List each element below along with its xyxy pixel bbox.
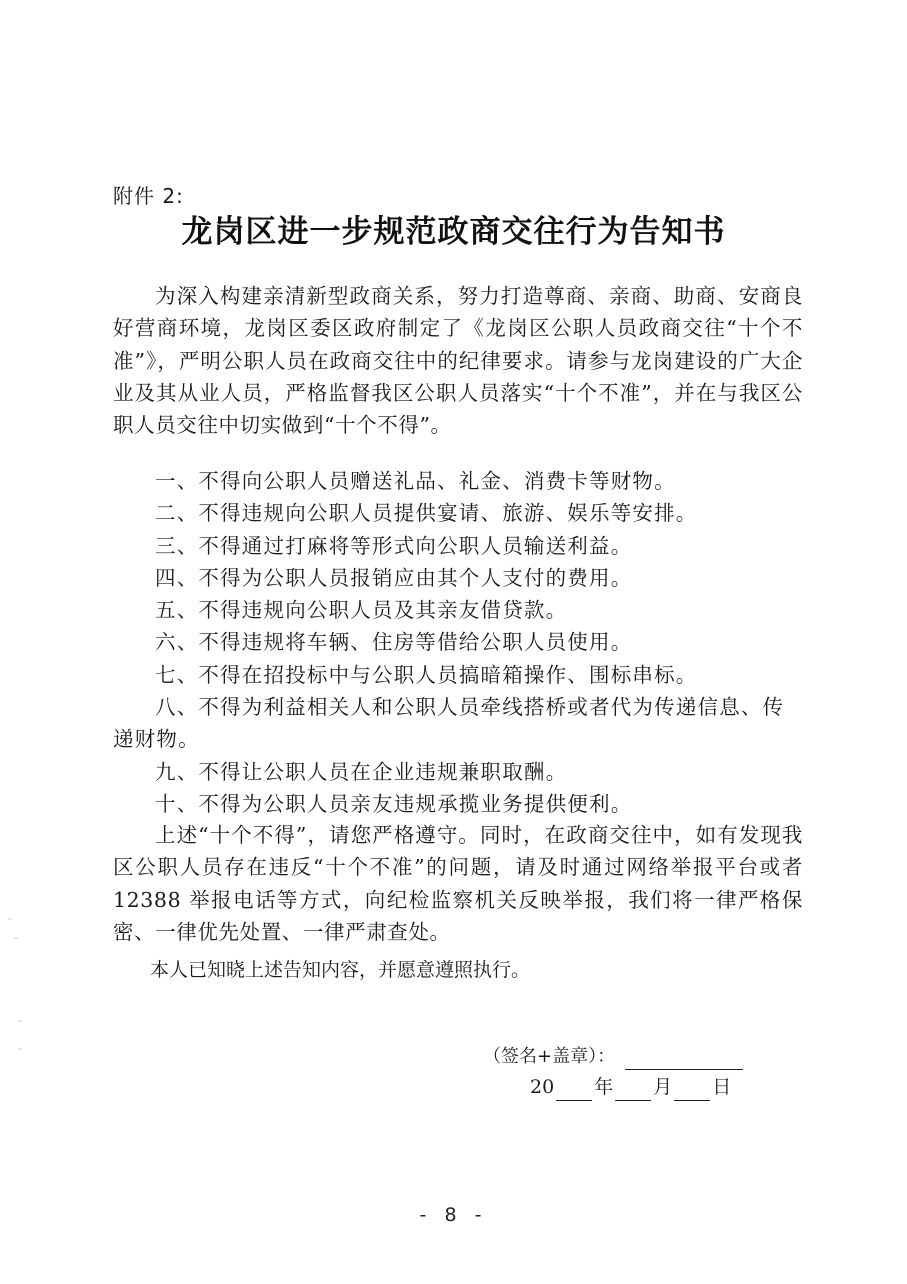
day-blank[interactable] [674, 1080, 710, 1101]
rule-item: 一、不得向公职人员赠送礼品、礼金、消费卡等财物。 [113, 465, 803, 497]
year-label: 年 [594, 1076, 613, 1098]
signature-label: （签名+盖章）： [483, 1046, 615, 1067]
day-label: 日 [712, 1076, 731, 1098]
page-number: - 8 - [0, 1202, 907, 1228]
date-row: 20年月日 [530, 1073, 731, 1101]
year-prefix: 20 [530, 1076, 554, 1098]
scan-artifact [8, 918, 12, 920]
scan-artifact [14, 937, 18, 939]
rule-item: 八、不得为利益相关人和公职人员牵线搭桥或者代为传递信息、传递财物。 [113, 691, 803, 756]
signature-row: （签名+盖章）： [483, 1044, 743, 1070]
rule-item: 七、不得在招投标中与公职人员搞暗箱操作、围标串标。 [113, 659, 803, 691]
rule-item: 二、不得违规向公职人员提供宴请、旅游、娱乐等安排。 [113, 497, 803, 529]
acknowledgement-statement: 本人已知晓上述告知内容，并愿意遵照执行。 [150, 956, 530, 984]
rule-item: 六、不得违规将车辆、住房等借给公职人员使用。 [113, 626, 803, 658]
year-blank[interactable] [556, 1080, 592, 1101]
rule-item: 十、不得为公职人员亲友违规承揽业务提供便利。 [113, 788, 803, 820]
attachment-label: 附件 2: [113, 182, 184, 210]
rule-item: 九、不得让公职人员在企业违规兼职取酬。 [113, 756, 803, 788]
month-blank[interactable] [615, 1080, 651, 1101]
signature-blank-line[interactable] [625, 1049, 743, 1070]
rules-list: 一、不得向公职人员赠送礼品、礼金、消费卡等财物。 二、不得违规向公职人员提供宴请… [113, 465, 803, 820]
scan-artifact [18, 1048, 22, 1050]
scan-artifact [18, 1020, 22, 1022]
intro-paragraph: 为深入构建亲清新型政商关系，努力打造尊商、亲商、助商、安商良好营商环境，龙岗区委… [113, 280, 803, 441]
rule-item: 五、不得违规向公职人员及其亲友借贷款。 [113, 594, 803, 626]
closing-paragraph: 上述“十个不得”，请您严格遵守。同时，在政商交往中，如有发现我区公职人员存在违反… [113, 819, 803, 948]
document-title: 龙岗区进一步规范政商交往行为告知书 [0, 210, 907, 254]
month-label: 月 [653, 1076, 672, 1098]
rule-item: 三、不得通过打麻将等形式向公职人员输送利益。 [113, 530, 803, 562]
document-page: 附件 2: 龙岗区进一步规范政商交往行为告知书 为深入构建亲清新型政商关系，努力… [0, 0, 907, 1284]
rule-item: 四、不得为公职人员报销应由其个人支付的费用。 [113, 562, 803, 594]
